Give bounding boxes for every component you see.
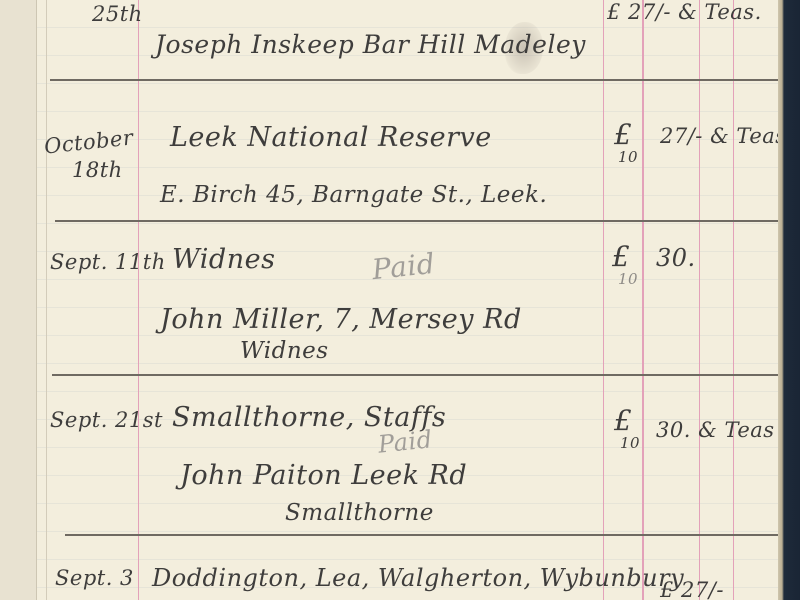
page-margin-strip (0, 0, 37, 600)
fee-denominator: 10 (618, 148, 638, 166)
fee-subcolumn-divider-2 (643, 0, 644, 600)
fee-column-divider (603, 0, 604, 600)
entry-contact: Joseph Inskeep Bar Hill Madeley (155, 30, 586, 59)
pence-column-divider (733, 0, 734, 600)
entry-date-month: October (43, 125, 134, 158)
pound-symbol: £ (614, 404, 632, 437)
entry-contact: John Miller, 7, Mersey Rd (160, 304, 522, 335)
entry-date: Sept. 11th (50, 250, 166, 274)
entry-date: 25th (92, 2, 143, 26)
entry-contact: John Paiton Leek Rd (180, 460, 467, 491)
entry-fee: £ 27/- (660, 578, 724, 600)
entry-date: Sept. 3 (55, 566, 134, 590)
date-column-divider (138, 0, 139, 600)
margin-line (46, 0, 47, 600)
entry-contact-line2: Smallthorne (285, 500, 434, 526)
entry-fee: 30. (656, 244, 696, 272)
entry-separator (55, 220, 778, 222)
shillings-column-divider (699, 0, 700, 600)
entry-separator (52, 374, 778, 376)
fee-denominator: 10 (620, 434, 640, 452)
pound-symbol: £ (612, 240, 630, 273)
paid-pencil-mark: Paid (370, 247, 436, 286)
entry-date: Sept. 21st (50, 408, 163, 432)
entry-separator (50, 79, 778, 81)
entry-place: Leek National Reserve (170, 122, 492, 153)
entry-contact-line2: Widnes (240, 338, 329, 364)
entry-separator (65, 534, 778, 536)
fee-denominator: 10 (618, 270, 638, 288)
ledger-page: 25th Joseph Inskeep Bar Hill Madeley £ 2… (0, 0, 778, 600)
entry-fee: 30. & Teas (656, 418, 775, 442)
entry-place: Doddington, Lea, Walgherton, Wybunbury (152, 564, 684, 592)
entry-date-day: 18th (72, 158, 123, 182)
book-binding-edge (778, 0, 800, 600)
entry-contact: E. Birch 45, Barngate St., Leek. (160, 182, 547, 208)
entry-fee: £ 27/- & Teas. (607, 0, 762, 24)
pound-symbol: £ (614, 118, 632, 151)
paid-pencil-mark: Paid (377, 425, 434, 459)
entry-fee: 27/- & Teas. (660, 124, 794, 148)
entry-place: Widnes (172, 244, 275, 275)
